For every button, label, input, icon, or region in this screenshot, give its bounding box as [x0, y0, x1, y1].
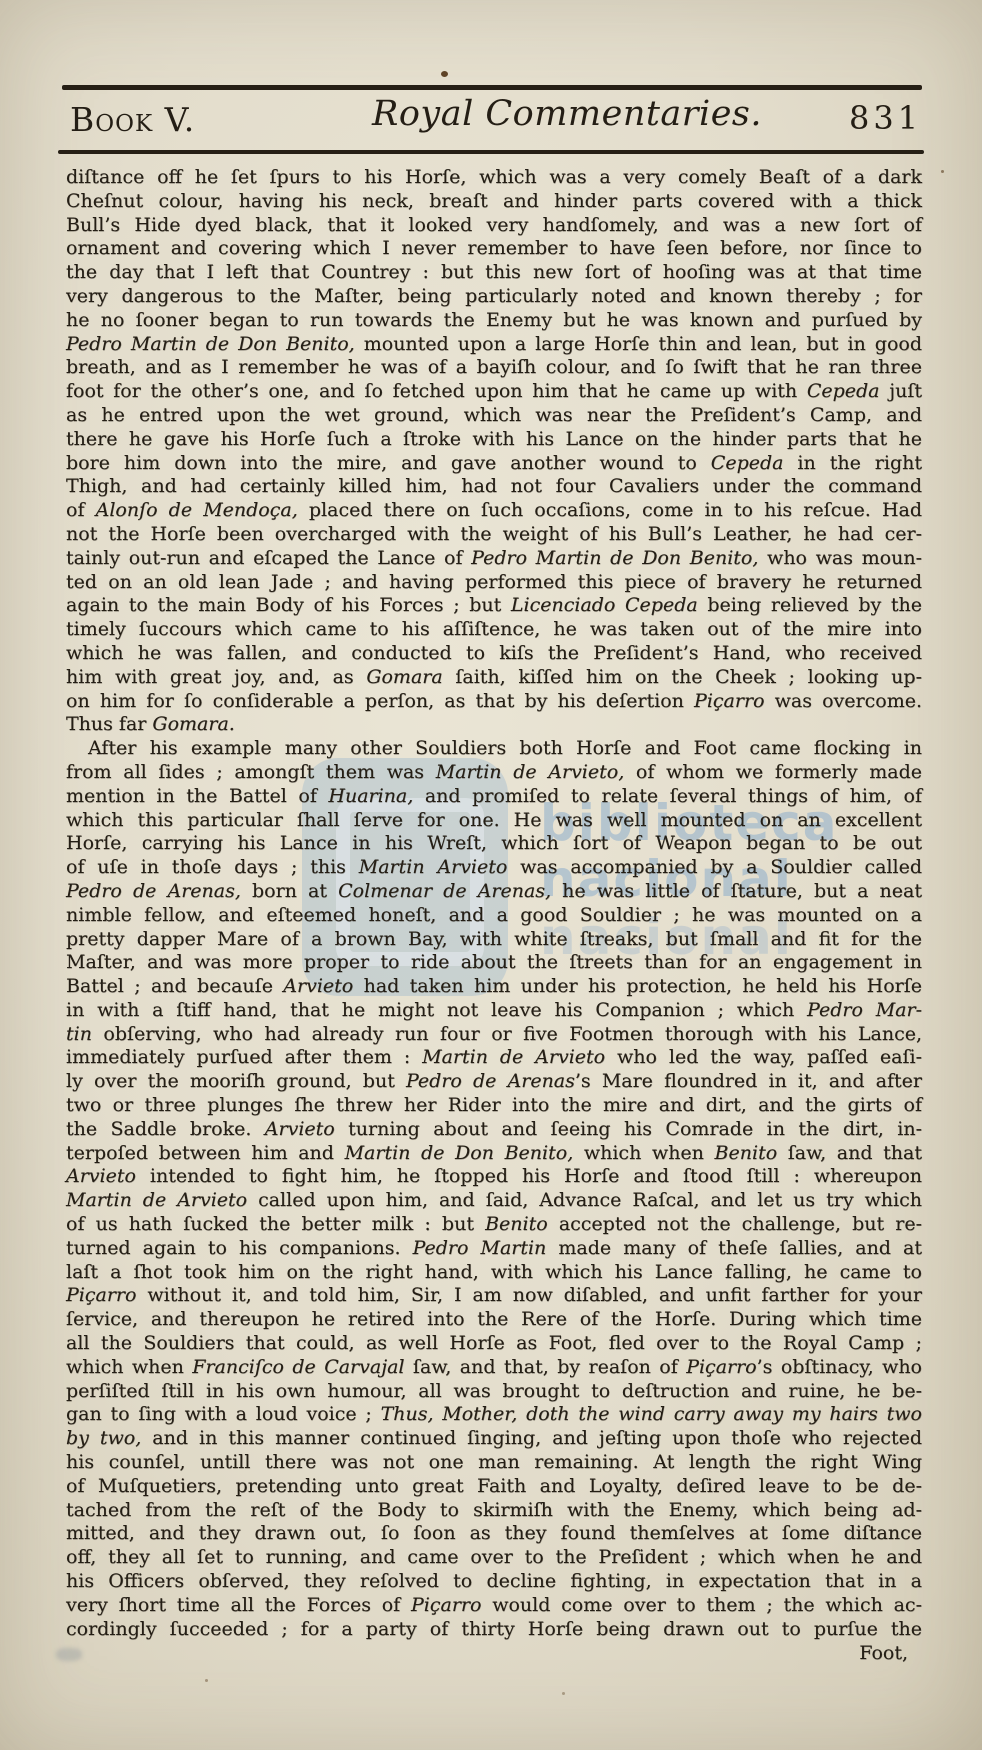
- text-segment: there he gave his Horſe ſuch a ſtroke wi…: [66, 428, 922, 450]
- text-line: Battel ; and becauſe Arvieto had taken h…: [66, 975, 922, 999]
- italic-text-segment: Pedro de Arenas,: [66, 880, 241, 902]
- text-line: his Officers obſerved, they reſolved to …: [66, 1570, 922, 1594]
- text-segment: from all ſides ; amongſt them was: [66, 761, 436, 783]
- italic-text-segment: Pedro Martin de Don Benito,: [66, 333, 355, 355]
- text-line: there he gave his Horſe ſuch a ſtroke wi…: [66, 428, 922, 452]
- text-segment: he was little of ſtature, but a neat: [551, 880, 922, 902]
- italic-text-segment: Benito: [715, 1142, 778, 1164]
- italic-text-segment: Arvieto: [283, 975, 353, 997]
- text-line: laſt a ſhot took him on the right hand, …: [66, 1261, 922, 1285]
- text-segment: Thus far: [66, 713, 152, 735]
- text-line: very dangerous to the Maſter, being part…: [66, 285, 922, 309]
- text-segment: who was moun-: [758, 547, 922, 569]
- text-line: Bull’s Hide dyed black, that it looked v…: [66, 214, 922, 238]
- text-segment: again to the main Body of his Forces ; b…: [66, 594, 511, 616]
- text-segment: of us hath ſucked the better milk : but: [66, 1213, 485, 1235]
- text-segment: in with a ſtiff hand, that he might not …: [66, 999, 807, 1021]
- text-segment: Horſe, carrying his Lance in his Wreſt, …: [66, 832, 922, 854]
- italic-text-segment: Thus, Mother, doth the wind carry away m…: [381, 1403, 922, 1425]
- text-segment: foot for the other’s one, and ſo fetched…: [66, 380, 807, 402]
- text-segment: which when: [573, 1142, 714, 1164]
- text-line: all the Souldiers that could, as well Ho…: [66, 1332, 922, 1356]
- text-segment: very dangerous to the Maſter, being part…: [66, 285, 922, 307]
- text-segment: which this particular ſhall ſerve for on…: [66, 809, 922, 831]
- text-segment: ſaith, kiſſed him on the Cheek ; looking…: [443, 666, 922, 688]
- text-segment: After his example many other Souldiers b…: [88, 737, 922, 759]
- text-segment: turned again to his companions.: [66, 1237, 413, 1259]
- text-segment: ’s obſtinacy, who: [757, 1356, 922, 1378]
- text-line: Thigh, and had certainly killed him, had…: [66, 475, 922, 499]
- header-rule-top: [62, 85, 922, 90]
- text-line: mitted, and they drawn out, ſo ſoon as t…: [66, 1522, 922, 1546]
- text-segment: tainly out-run and eſcaped the Lance of: [66, 547, 471, 569]
- text-segment: of uſe in thoſe days ; this: [66, 856, 359, 878]
- page-title: Royal Commentaries.: [372, 94, 762, 134]
- body-text: diſtance off he ſet ſpurs to his Horſe, …: [66, 166, 922, 1665]
- text-line: perſiſted ſtill in his own humour, all w…: [66, 1380, 922, 1404]
- italic-text-segment: Pedro Martin: [413, 1237, 547, 1259]
- text-segment: as he entred upon the wet ground, which …: [66, 404, 922, 426]
- text-line: from all ſides ; amongſt them was Martin…: [66, 761, 922, 785]
- text-segment: the Saddle broke.: [66, 1118, 265, 1140]
- text-line: tin obſerving, who had already run four …: [66, 1023, 922, 1047]
- text-line: Martin de Arvieto called upon him, and ſ…: [66, 1189, 922, 1213]
- italic-text-segment: Martin de Arvieto: [66, 1189, 247, 1211]
- text-line: Maſter, and was more proper to ride abou…: [66, 951, 922, 975]
- text-line: ornament and covering which I never reme…: [66, 237, 922, 261]
- text-line: immediately purſued after them : Martin …: [66, 1046, 922, 1070]
- text-segment: terpoſed between him and: [66, 1142, 345, 1164]
- text-line: gan to ſing with a loud voice ; Thus, Mo…: [66, 1403, 922, 1427]
- text-segment: mitted, and they drawn out, ſo ſoon as t…: [66, 1522, 922, 1544]
- text-line: Arvieto intended to fight him, he ſtoppe…: [66, 1165, 922, 1189]
- text-segment: of whom we formerly made: [624, 761, 922, 783]
- italic-text-segment: Martin de Arvieto,: [436, 761, 625, 783]
- text-segment: ornament and covering which I never reme…: [66, 237, 922, 259]
- text-line: his counſel, untill there was not one ma…: [66, 1451, 922, 1475]
- text-segment: bore him down into the mire, and gave an…: [66, 452, 711, 474]
- text-segment: off, they all ſet to running, and came o…: [66, 1546, 922, 1568]
- text-line: which he was fallen, and conducted to ki…: [66, 642, 922, 666]
- italic-text-segment: Franciſco de Carvajal: [192, 1356, 404, 1378]
- italic-text-segment: Gomara: [366, 666, 442, 688]
- catchword: Foot,: [66, 1641, 922, 1665]
- text-segment: turning about and ſeeing his Comrade in …: [335, 1118, 922, 1140]
- text-line: breath, and as I remember he was of a ba…: [66, 356, 922, 380]
- text-line: ſervice, and thereupon he retired into t…: [66, 1308, 922, 1332]
- text-segment: laſt a ſhot took him on the right hand, …: [66, 1261, 922, 1283]
- text-segment: was accompanied by a Souldier called: [507, 856, 922, 878]
- italic-text-segment: Pedro Mar-: [807, 999, 922, 1021]
- text-line: nimble fellow, and eſteemed honeſt, and …: [66, 904, 922, 928]
- text-segment: his Officers obſerved, they reſolved to …: [66, 1570, 922, 1592]
- text-segment: and in this manner continued ſinging, an…: [141, 1427, 922, 1449]
- text-segment: his counſel, untill there was not one ma…: [66, 1451, 922, 1473]
- text-segment: juſt: [880, 380, 922, 402]
- text-segment: ſaw, and that: [777, 1142, 922, 1164]
- text-line: he no ſooner began to run towards the En…: [66, 309, 922, 333]
- book-page: Book V. Royal Commentaries. 831 bibliote…: [0, 0, 982, 1750]
- text-line: Pedro de Arenas, born at Colmenar de Are…: [66, 880, 922, 904]
- text-line: in with a ſtiff hand, that he might not …: [66, 999, 922, 1023]
- text-line: of us hath ſucked the better milk : but …: [66, 1213, 922, 1237]
- text-line: again to the main Body of his Forces ; b…: [66, 594, 922, 618]
- text-line: terpoſed between him and Martin de Don B…: [66, 1142, 922, 1166]
- text-segment: without it, and told him, Sir, I am now …: [136, 1284, 922, 1306]
- paper-speck: [902, 1418, 905, 1421]
- text-segment: two or three plunges ſhe threw her Rider…: [66, 1094, 922, 1116]
- italic-text-segment: Piçarro: [694, 690, 764, 712]
- italic-text-segment: Martin de Don Benito,: [345, 1142, 574, 1164]
- text-segment: being relieved by the: [698, 594, 922, 616]
- text-segment: intended to fight him, he ſtopped his Ho…: [136, 1165, 922, 1187]
- text-line: very ſhort time all the Forces of Piçarr…: [66, 1594, 922, 1618]
- text-line: foot for the other’s one, and ſo fetched…: [66, 380, 922, 404]
- text-segment: Thigh, and had certainly killed him, had…: [66, 475, 922, 497]
- text-segment: Cheſnut colour, having his neck, breaſt …: [66, 190, 922, 212]
- italic-text-segment: Arvieto: [265, 1118, 335, 1140]
- paper-speck: [205, 1679, 208, 1682]
- text-segment: who led the way, paſſed eaſi-: [605, 1046, 922, 1068]
- italic-text-segment: Piçarro: [411, 1594, 481, 1616]
- text-line: tainly out-run and eſcaped the Lance of …: [66, 547, 922, 571]
- italic-text-segment: Martin Arvieto: [359, 856, 508, 878]
- italic-text-segment: Cepeda: [807, 380, 880, 402]
- text-segment: nimble fellow, and eſteemed honeſt, and …: [66, 904, 922, 926]
- header-rule-bottom: [58, 150, 924, 154]
- text-segment: mention in the Battel of: [66, 785, 328, 807]
- text-line: the Saddle broke. Arvieto turning about …: [66, 1118, 922, 1142]
- text-line: the day that I left that Countrey : but …: [66, 261, 922, 285]
- text-segment: had taken him under his protection, he h…: [353, 975, 922, 997]
- text-line: ly over the mooriſh ground, but Pedro de…: [66, 1070, 922, 1094]
- text-line: Pedro Martin de Don Benito, mounted upon…: [66, 333, 922, 357]
- italic-text-segment: Arvieto: [66, 1165, 136, 1187]
- italic-text-segment: Huarina,: [328, 785, 413, 807]
- text-segment: mounted upon a large Horſe thin and lean…: [355, 333, 922, 355]
- italic-text-segment: Piçarro: [686, 1356, 756, 1378]
- italic-text-segment: Pedro Martin de Don Benito,: [471, 547, 758, 569]
- text-segment: timely ſuccours which came to his aſſiſt…: [66, 618, 922, 640]
- text-line: which when Franciſco de Carvajal ſaw, an…: [66, 1356, 922, 1380]
- paper-speck: [562, 1692, 565, 1695]
- text-line: diſtance off he ſet ſpurs to his Horſe, …: [66, 166, 922, 190]
- paper-speck: [941, 170, 944, 173]
- text-line: of uſe in thoſe days ; this Martin Arvie…: [66, 856, 922, 880]
- text-line: which this particular ſhall ſerve for on…: [66, 809, 922, 833]
- text-segment: pretty dapper Mare of a brown Bay, with …: [66, 928, 922, 950]
- italic-text-segment: Pedro de Arenas: [406, 1070, 575, 1092]
- text-segment: ted on an old lean Jade ; and having per…: [66, 571, 922, 593]
- text-line: him with great joy, and, as Gomara ſaith…: [66, 666, 922, 690]
- text-segment: not the Horſe been overcharged with the …: [66, 523, 922, 545]
- text-segment: obſerving, who had already run four or f…: [92, 1023, 922, 1045]
- text-segment: and promiſed to relate ſeveral things of…: [413, 785, 922, 807]
- text-segment: placed there on ſuch occaſions, come in …: [298, 499, 922, 521]
- text-segment: made many of theſe ſallies, and at: [546, 1237, 922, 1259]
- text-segment: all the Souldiers that could, as well Ho…: [66, 1332, 922, 1354]
- text-line: pretty dapper Mare of a brown Bay, with …: [66, 928, 922, 952]
- text-segment: he no ſooner began to run towards the En…: [66, 309, 922, 331]
- italic-text-segment: Alonſo de Mendoça,: [96, 499, 298, 521]
- text-segment: Battel ; and becauſe: [66, 975, 283, 997]
- text-line: of Muſquetiers, pretending unto great Fa…: [66, 1475, 922, 1499]
- text-line: ted on an old lean Jade ; and having per…: [66, 571, 922, 595]
- text-segment: gan to ſing with a loud voice ;: [66, 1403, 381, 1425]
- italic-text-segment: Benito: [485, 1213, 548, 1235]
- italic-text-segment: by two,: [66, 1427, 141, 1449]
- text-segment: called upon him, and ſaid, Advance Raſca…: [247, 1189, 922, 1211]
- text-segment: on him for ſo conſiderable a perſon, as …: [66, 690, 694, 712]
- text-segment: breath, and as I remember he was of a ba…: [66, 356, 922, 378]
- text-segment: which he was fallen, and conducted to ki…: [66, 642, 922, 664]
- text-segment: in the right: [783, 452, 922, 474]
- text-segment: very ſhort time all the Forces of: [66, 1594, 411, 1616]
- italic-text-segment: Piçarro: [66, 1284, 136, 1306]
- text-line: not the Horſe been overcharged with the …: [66, 523, 922, 547]
- text-segment: immediately purſued after them :: [66, 1046, 422, 1068]
- text-segment: which when: [66, 1356, 192, 1378]
- italic-text-segment: Martin de Arvieto: [422, 1046, 605, 1068]
- text-segment: perſiſted ſtill in his own humour, all w…: [66, 1380, 922, 1402]
- text-line: After his example many other Souldiers b…: [66, 737, 922, 761]
- text-segment: Maſter, and was more proper to ride abou…: [66, 951, 922, 973]
- text-line: on him for ſo conſiderable a perſon, as …: [66, 690, 922, 714]
- text-line: Piçarro without it, and told him, Sir, I…: [66, 1284, 922, 1308]
- text-line: cordingly ſucceeded ; for a party of thi…: [66, 1618, 922, 1642]
- text-line: tached from the reſt of the Body to skir…: [66, 1499, 922, 1523]
- text-line: by two, and in this manner continued ſin…: [66, 1427, 922, 1451]
- text-segment: ’s Mare floundred in it, and after: [575, 1070, 922, 1092]
- italic-text-segment: Gomara.: [152, 713, 234, 735]
- italic-text-segment: Licenciado Cepeda: [511, 594, 698, 616]
- text-segment: him with great joy, and, as: [66, 666, 366, 688]
- text-line: Cheſnut colour, having his neck, breaſt …: [66, 190, 922, 214]
- text-line: mention in the Battel of Huarina, and pr…: [66, 785, 922, 809]
- text-segment: ſaw, and that, by reaſon of: [405, 1356, 687, 1378]
- text-line: bore him down into the mire, and gave an…: [66, 452, 922, 476]
- text-segment: tached from the reſt of the Body to skir…: [66, 1499, 922, 1521]
- italic-text-segment: Cepeda: [711, 452, 784, 474]
- ink-bleed-smudge: [56, 1648, 82, 1661]
- text-segment: ſervice, and thereupon he retired into t…: [66, 1308, 922, 1330]
- text-line: Horſe, carrying his Lance in his Wreſt, …: [66, 832, 922, 856]
- text-line: two or three plunges ſhe threw her Rider…: [66, 1094, 922, 1118]
- text-segment: would come over to them ; the which ac-: [481, 1594, 922, 1616]
- text-segment: was overcome.: [764, 690, 922, 712]
- text-segment: the day that I left that Countrey : but …: [66, 261, 922, 283]
- text-line: as he entred upon the wet ground, which …: [66, 404, 922, 428]
- text-line: Thus far Gomara.: [66, 713, 922, 737]
- text-segment: of Muſquetiers, pretending unto great Fa…: [66, 1475, 922, 1497]
- text-line: off, they all ſet to running, and came o…: [66, 1546, 922, 1570]
- italic-text-segment: Colmenar de Arenas,: [338, 880, 551, 902]
- text-segment: ly over the mooriſh ground, but: [66, 1070, 406, 1092]
- text-line: turned again to his companions. Pedro Ma…: [66, 1237, 922, 1261]
- text-segment: cordingly ſucceeded ; for a party of thi…: [66, 1618, 922, 1640]
- text-segment: Bull’s Hide dyed black, that it looked v…: [66, 214, 922, 236]
- header-book-label: Book V.: [70, 100, 195, 139]
- paper-speck: [441, 71, 448, 77]
- text-segment: diſtance off he ſet ſpurs to his Horſe, …: [66, 166, 922, 188]
- text-segment: born at: [241, 880, 338, 902]
- text-line: of Alonſo de Mendoça, placed there on ſu…: [66, 499, 922, 523]
- text-line: timely ſuccours which came to his aſſiſt…: [66, 618, 922, 642]
- text-segment: accepted not the challenge, but re-: [548, 1213, 922, 1235]
- text-segment: of: [66, 499, 96, 521]
- page-number: 831: [849, 99, 922, 137]
- italic-text-segment: tin: [66, 1023, 92, 1045]
